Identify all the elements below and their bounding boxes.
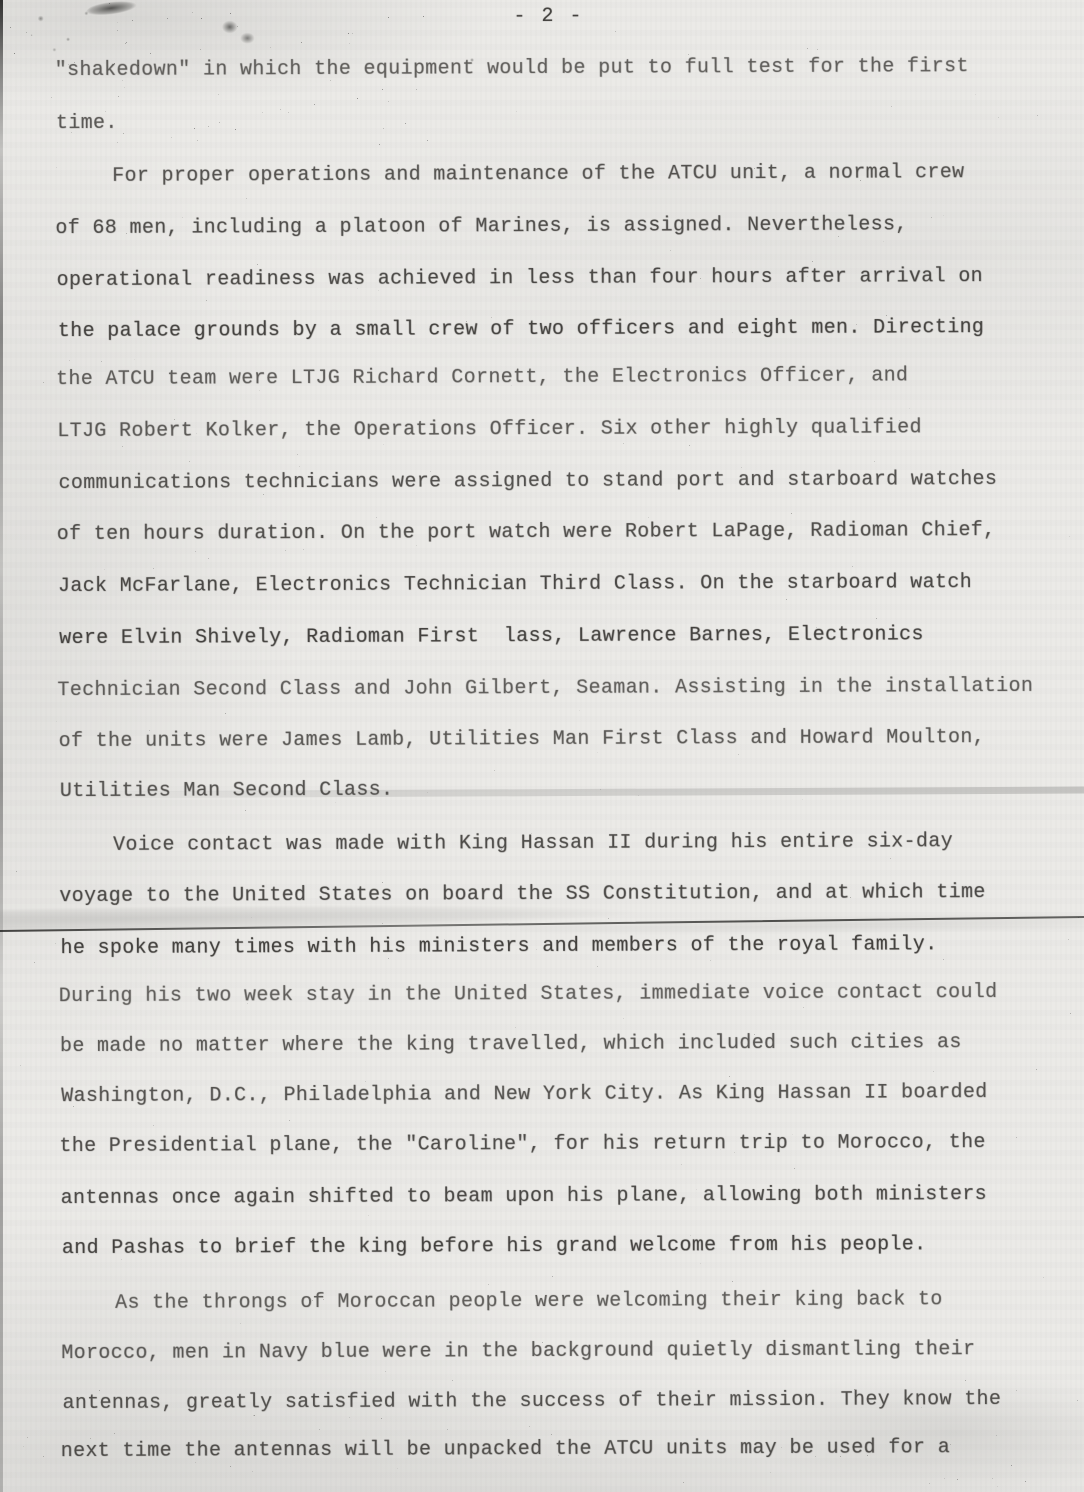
text-line: be made no matter where the king travell… [60,1031,962,1058]
text-line: of ten hours duration. On the port watch… [57,519,996,546]
text-line: voyage to the United States on board the… [59,881,985,908]
text-line: time. [56,112,118,135]
page-number: - 2 - [513,5,583,28]
text-line: Washington, D.C., Philadelphia and New Y… [61,1081,987,1108]
text-line: were Elvin Shively, Radioman First lass,… [59,623,924,650]
text-line: LTJG Robert Kolker, the Operations Offic… [57,416,922,443]
text-line: For proper operations and maintenance of… [112,161,964,188]
text-line: operational readiness was achieved in le… [57,265,983,292]
text-line: antennas once again shifted to beam upon… [61,1183,987,1210]
text-line: next time the antennas will be unpacked … [61,1436,950,1463]
text-line: communications technicians were assigned… [58,468,997,495]
text-line: Morocco, men in Navy blue were in the ba… [61,1338,975,1365]
text-line: and Pashas to brief the king before his … [62,1233,927,1260]
text-line: the Presidential plane, the "Caroline", … [59,1131,985,1158]
text-line: the ATCU team were LTJG Richard Cornett,… [56,364,908,391]
scanned-document-page: - 2 - "shakedown" in which the equipment… [0,0,1084,1492]
text-line: Jack McFarlane, Electronics Technician T… [58,571,972,598]
text-line: As the throngs of Moroccan people were w… [115,1288,943,1315]
text-line: Technician Second Class and John Gilbert… [57,675,1033,702]
text-line: antennas, greatly satisfied with the suc… [62,1388,1001,1415]
document-text: - 2 - "shakedown" in which the equipment… [0,0,1084,1492]
text-line: of the units were James Lamb, Utilities … [59,726,985,753]
text-line: During his two week stay in the United S… [59,981,998,1008]
text-line: Utilities Man Second Class. [60,779,394,803]
text-line: "shakedown" in which the equipment would… [55,55,969,82]
text-line: he spoke many times with his ministers a… [60,933,937,960]
text-line: Voice contact was made with King Hassan … [113,830,953,857]
text-line: of 68 men, including a platoon of Marine… [55,213,907,240]
text-line: the palace grounds by a small crew of tw… [58,316,984,343]
